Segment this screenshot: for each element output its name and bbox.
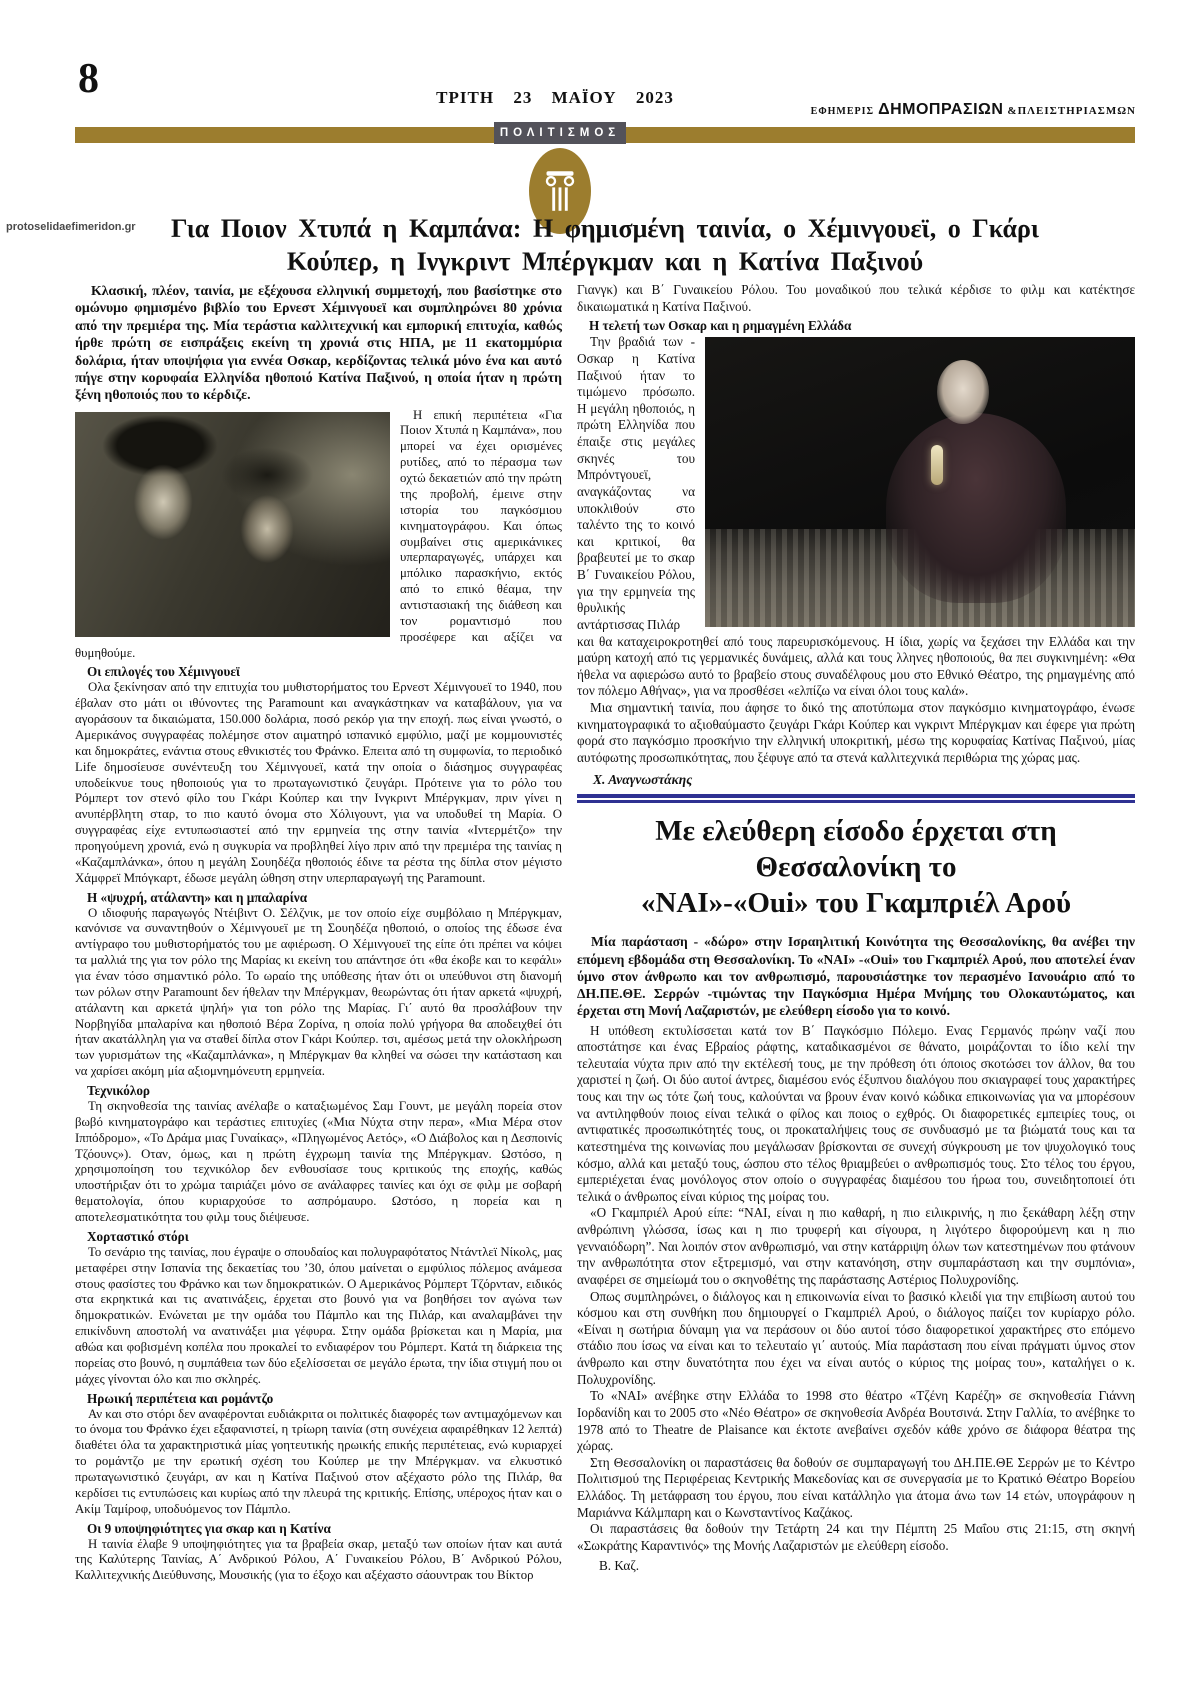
article1-byline: Χ. Αναγνωστάκης: [577, 772, 1135, 788]
article1-section-3: Τη σκηνοθεσία της ταινίας ανέλαβε ο κατα…: [75, 1099, 562, 1226]
movie-still-photo: [75, 412, 390, 637]
article-columns: Κλασική, πλέον, ταινία, με εξέχουσα ελλη…: [75, 282, 1135, 1584]
article1-section-1: Ολα ξεκίνησαν από την επιτυχία του μυθισ…: [75, 680, 562, 886]
article-divider-rule: [577, 794, 1135, 803]
article1-oscar-subhead: Η τελετή των Οσκαρ και η ρημαγμένη Ελλάδ…: [577, 318, 1135, 334]
article2-paragraph-2: «Ο Γκαμπριέλ Αρού είπε: “ΝΑΙ, είναι η πι…: [577, 1205, 1135, 1288]
article1-headline-line1: Για Ποιον Χτυπά η Καμπάνα: Η φημισμένη τ…: [171, 214, 1039, 243]
article1-section-4: Το σενάριο της ταινίας, που έγραψε ο σπο…: [75, 1245, 562, 1388]
article1-section-5: Αν και στο στόρι δεν αναφέρονται ευδιάκρ…: [75, 1407, 562, 1518]
article1-photo-block: Η επική περιπέτεια «Για Ποιον Χτυπά η Κα…: [75, 408, 562, 662]
figure-dress: [886, 413, 1066, 603]
article2-paragraph-6: Οι παραστάσεις θα δοθούν την Τετάρτη 24 …: [577, 1521, 1135, 1554]
article1-lede: Κλασική, πλέον, ταινία, με εξέχουσα ελλη…: [75, 282, 562, 404]
article1-oscar-below-2: Μια σημαντική ταινία, που άφησε το δικό …: [577, 700, 1135, 767]
masthead-title: ΔΗΜΟΠΡΑΣΙΩΝ: [878, 101, 1003, 118]
article2-lede: Μία παράσταση - «δώρο» στην Ισραηλιτική …: [577, 933, 1135, 1019]
article2-headline: Με ελεύθερη είσοδο έρχεται στη Θεσσαλονί…: [577, 813, 1135, 922]
article1-subhead-3: Τεχνικόλορ: [75, 1083, 562, 1099]
article1-subhead-1: Οι επιλογές του Χέμινγουεϊ: [75, 664, 562, 680]
article1-left-column: Κλασική, πλέον, ταινία, με εξέχουσα ελλη…: [75, 282, 562, 1584]
article2-byline: Β. Καζ.: [577, 1558, 1135, 1574]
article1-section-2: Ο ιδιοφυής παραγωγός Ντέιβιντ Ο. Σέλζνικ…: [75, 906, 562, 1080]
masthead: ΕΦΗΜΕΡΙΣ ΔΗΜΟΠΡΑΣΙΩΝ &ΠΛΕΙΣΤΗΡΙΑΣΜΩΝ: [811, 101, 1136, 119]
masthead-suffix: &ΠΛΕΙΣΤΗΡΙΑΣΜΩΝ: [1007, 105, 1136, 117]
article1-subhead-5: Ηρωική περιπέτεια και ρομάντζο: [75, 1391, 562, 1407]
article1-subhead-2: Η «ψυχρή, ατάλαντη» και η μπαλαρίνα: [75, 890, 562, 906]
section-label: ΠΟΛΙΤΙΣΜΟΣ: [494, 122, 626, 144]
article1-headline: Για Ποιον Χτυπά η Καμπάνα: Η φημισμένη τ…: [95, 212, 1115, 279]
article1-subhead-6: Οι 9 υποψηφιότητες για σκαρ και η Κατίνα: [75, 1521, 562, 1537]
newspaper-page: 8 ΤΡΙΤΗ 23 ΜΑΪΟΥ 2023 ΕΦΗΜΕΡΙΣ ΔΗΜΟΠΡΑΣΙ…: [0, 0, 1200, 1697]
article1-oscar-below-1: και θα καταχειροκροτηθεί από τους παρευρ…: [577, 634, 1135, 701]
article2-paragraph-3: Οπως συμπληρώνει, ο διάλογος και η επικο…: [577, 1289, 1135, 1389]
article2-paragraph-1: Η υπόθεση εκτυλίσσεται κατά τον Β΄ Παγκό…: [577, 1023, 1135, 1206]
masthead-prefix: ΕΦΗΜΕΡΙΣ: [811, 106, 874, 117]
oscar-photo-block: Την βραδιά των - Οσκαρ η Κατίνα Παξινού …: [577, 334, 1135, 633]
article2-paragraph-4: Το «ΝΑΙ» ανέβηκε στην Ελλάδα το 1998 στο…: [577, 1388, 1135, 1455]
article1-subhead-4: Χορταστικό στόρι: [75, 1229, 562, 1245]
article2-headline-line2: «ΝΑΙ»-«Oui» του Γκαμπριέλ Αρού: [641, 887, 1071, 919]
article1-section-6: Η ταινία έλαβε 9 υποψηφιότητες για τα βρ…: [75, 1537, 562, 1585]
paxinou-oscar-photo: [705, 337, 1135, 627]
right-column: Γιανγκ) και Β΄ Γυναικείου Ρόλου. Του μον…: [577, 282, 1135, 1584]
article1-headline-line2: Κούπερ, η Ινγκριντ Μπέργκμαν και η Κατίν…: [287, 247, 923, 276]
article2-paragraph-5: Στη Θεσσαλονίκη οι παραστάσεις θα δοθούν…: [577, 1455, 1135, 1522]
oscar-statuette: [931, 445, 943, 485]
article2-headline-line1: Με ελεύθερη είσοδο έρχεται στη Θεσσαλονί…: [655, 815, 1056, 883]
article1-continuation: Γιανγκ) και Β΄ Γυναικείου Ρόλου. Του μον…: [577, 282, 1135, 315]
